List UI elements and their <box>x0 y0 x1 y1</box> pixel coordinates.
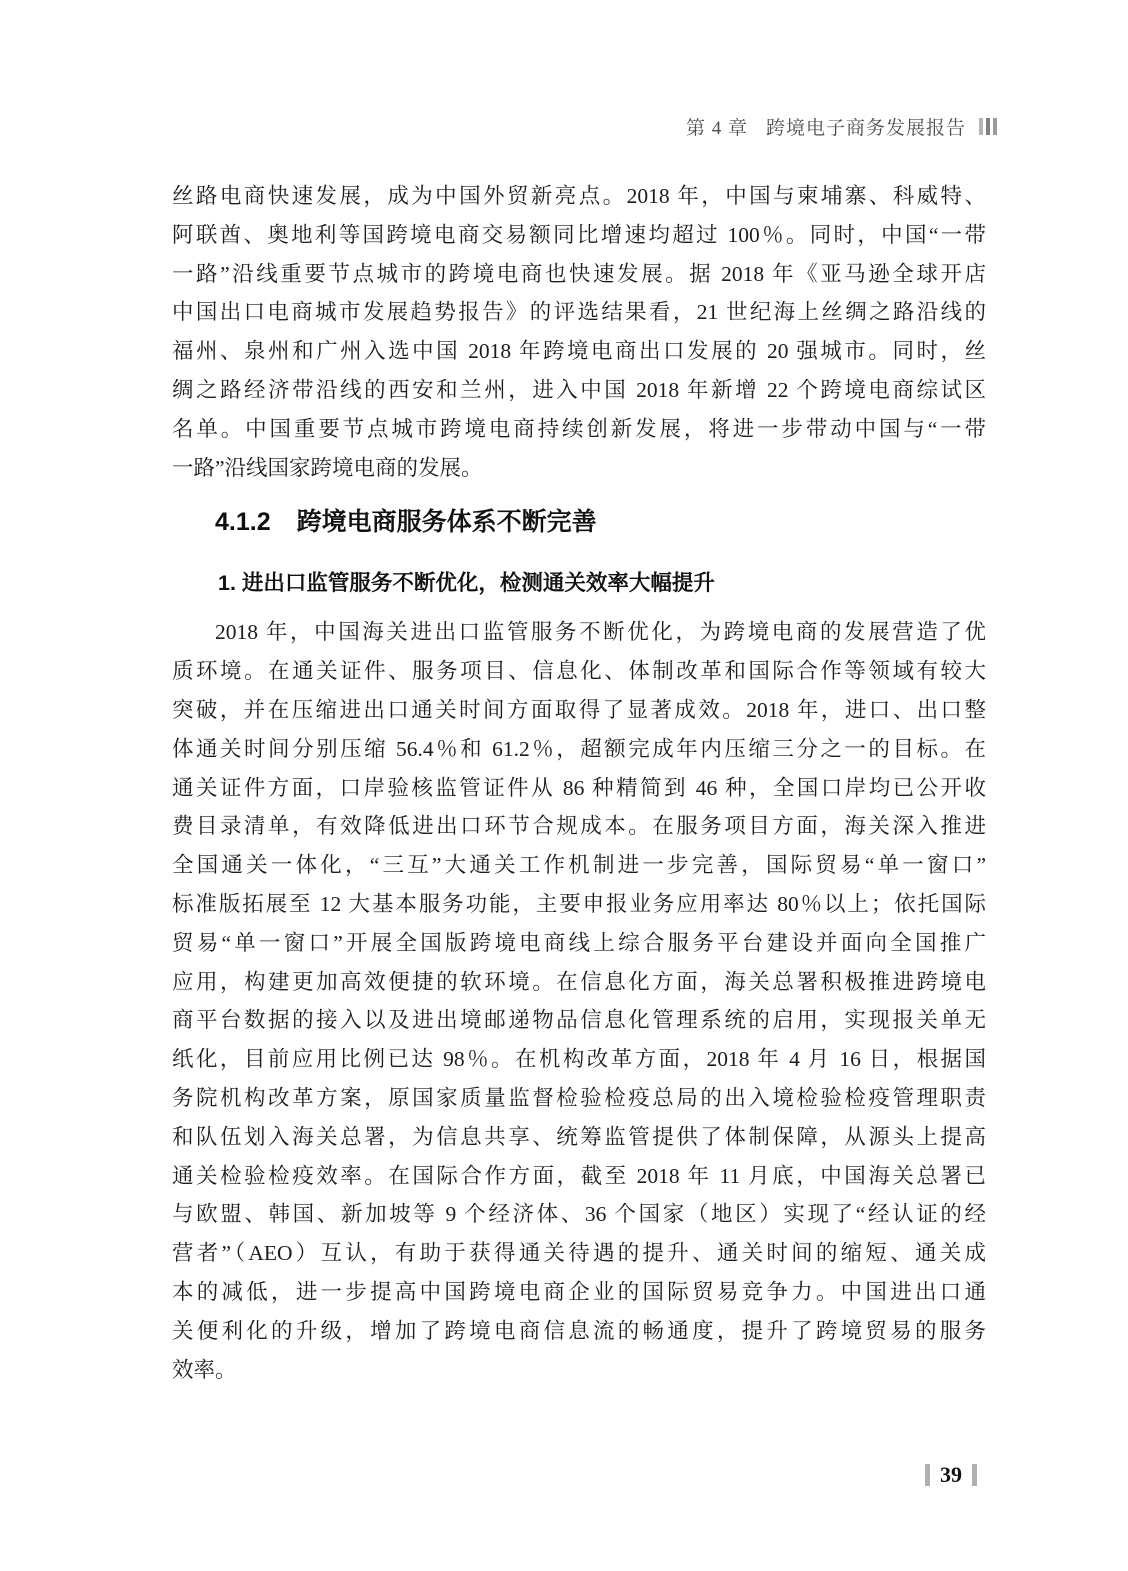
body-line: 体通关时间分别压缩 56.4％和 61.2％，超额完成年内压缩三分之一的目标。在 <box>172 730 986 769</box>
page-footer: 39 <box>925 1462 977 1488</box>
body-line: 本的减低，进一步提高中国跨境电商企业的国际贸易竞争力。中国进出口通 <box>172 1273 986 1312</box>
body-column: 丝路电商快速发展，成为中国外贸新亮点。2018 年，中国与柬埔寨、科威特、 阿联… <box>172 177 986 1389</box>
body-line: 福州、泉州和广州入选中国 2018 年跨境电商出口发展的 20 强城市。同时，丝 <box>172 332 986 371</box>
body-line: 阿联酋、奥地利等国跨境电商交易额同比增速均超过 100％。同时，中国“一带 <box>172 216 986 255</box>
body-line: 通关检验检疫效率。在国际合作方面，截至 2018 年 11 月底，中国海关总署已 <box>172 1157 986 1196</box>
body-line: 标准版拓展至 12 大基本服务功能，主要申报业务应用率达 80％以上；依托国际 <box>172 885 986 924</box>
body-line: 一路”沿线国家跨境电商的发展。 <box>172 449 986 488</box>
page-number-right-bar-icon <box>972 1464 977 1486</box>
section-number: 4.1.2 <box>215 508 271 536</box>
body-line: 中国出口电商城市发展趋势报告》的评选结果看，21 世纪海上丝绸之路沿线的 <box>172 293 986 332</box>
body-line: 贸易“单一窗口”开展全国版跨境电商线上综合服务平台建设并面向全国推广 <box>172 924 986 963</box>
section-title: 跨境电商服务体系不断完善 <box>297 508 597 536</box>
paragraph-2: 2018 年，中国海关进出口监管服务不断优化，为跨境电商的发展营造了优 质环境。… <box>172 613 986 1389</box>
chapter-marker-bars-icon <box>976 118 997 135</box>
body-line: 纸化，目前应用比例已达 98％。在机构改革方面，2018 年 4 月 16 日，… <box>172 1040 986 1079</box>
document-page: 第 4 章 跨境电子商务发展报告 丝路电商快速发展，成为中国外贸新亮点。2018… <box>0 0 1128 1571</box>
body-line: 应用，构建更加高效便捷的软环境。在信息化方面，海关总署积极推进跨境电 <box>172 963 986 1002</box>
subsection-heading: 1. 进出口监管服务不断优化，检测通关效率大幅提升 <box>218 564 986 602</box>
body-line: 费目录清单，有效降低进出口环节合规成本。在服务项目方面，海关深入推进 <box>172 807 986 846</box>
body-line: 一路”沿线重要节点城市的跨境电商也快速发展。据 2018 年《亚马逊全球开店 <box>172 255 986 294</box>
body-line: 突破，并在压缩进出口通关时间方面取得了显著成效。2018 年，进口、出口整 <box>172 691 986 730</box>
body-line: 绸之路经济带沿线的西安和兰州，进入中国 2018 年新增 22 个跨境电商综试区 <box>172 371 986 410</box>
body-line: 质环境。在通关证件、服务项目、信息化、体制改革和国际合作等领域有较大 <box>172 652 986 691</box>
page-header: 第 4 章 跨境电子商务发展报告 <box>686 113 997 140</box>
body-line: 与欧盟、韩国、新加坡等 9 个经济体、36 个国家（地区）实现了“经认证的经 <box>172 1195 986 1234</box>
page-number: 39 <box>940 1462 962 1488</box>
header-chapter-label: 第 4 章 <box>686 113 748 140</box>
paragraph-1: 丝路电商快速发展，成为中国外贸新亮点。2018 年，中国与柬埔寨、科威特、 阿联… <box>172 177 986 487</box>
body-line: 通关证件方面，口岸验核监管证件从 86 种精简到 46 种，全国口岸均已公开收 <box>172 769 986 808</box>
body-line: 2018 年，中国海关进出口监管服务不断优化，为跨境电商的发展营造了优 <box>172 613 986 652</box>
page-number-left-bar-icon <box>925 1464 930 1486</box>
body-line: 关便利化的升级，增加了跨境电商信息流的畅通度，提升了跨境贸易的服务 <box>172 1312 986 1351</box>
body-line: 和队伍划入海关总署，为信息共享、统筹监管提供了体制保障，从源头上提高 <box>172 1118 986 1157</box>
body-line: 务院机构改革方案，原国家质量监督检验检疫总局的出入境检验检疫管理职责 <box>172 1079 986 1118</box>
section-heading: 4.1.2跨境电商服务体系不断完善 <box>215 502 986 542</box>
body-line: 全国通关一体化，“三互”大通关工作机制进一步完善，国际贸易“单一窗口” <box>172 846 986 885</box>
body-line: 丝路电商快速发展，成为中国外贸新亮点。2018 年，中国与柬埔寨、科威特、 <box>172 177 986 216</box>
body-line: 营者”（AEO）互认，有助于获得通关待遇的提升、通关时间的缩短、通关成 <box>172 1234 986 1273</box>
body-line: 名单。中国重要节点城市跨境电商持续创新发展，将进一步带动中国与“一带 <box>172 410 986 449</box>
body-line: 商平台数据的接入以及进出境邮递物品信息化管理系统的启用，实现报关单无 <box>172 1001 986 1040</box>
body-line: 效率。 <box>172 1351 986 1390</box>
header-title: 跨境电子商务发展报告 <box>766 113 966 140</box>
